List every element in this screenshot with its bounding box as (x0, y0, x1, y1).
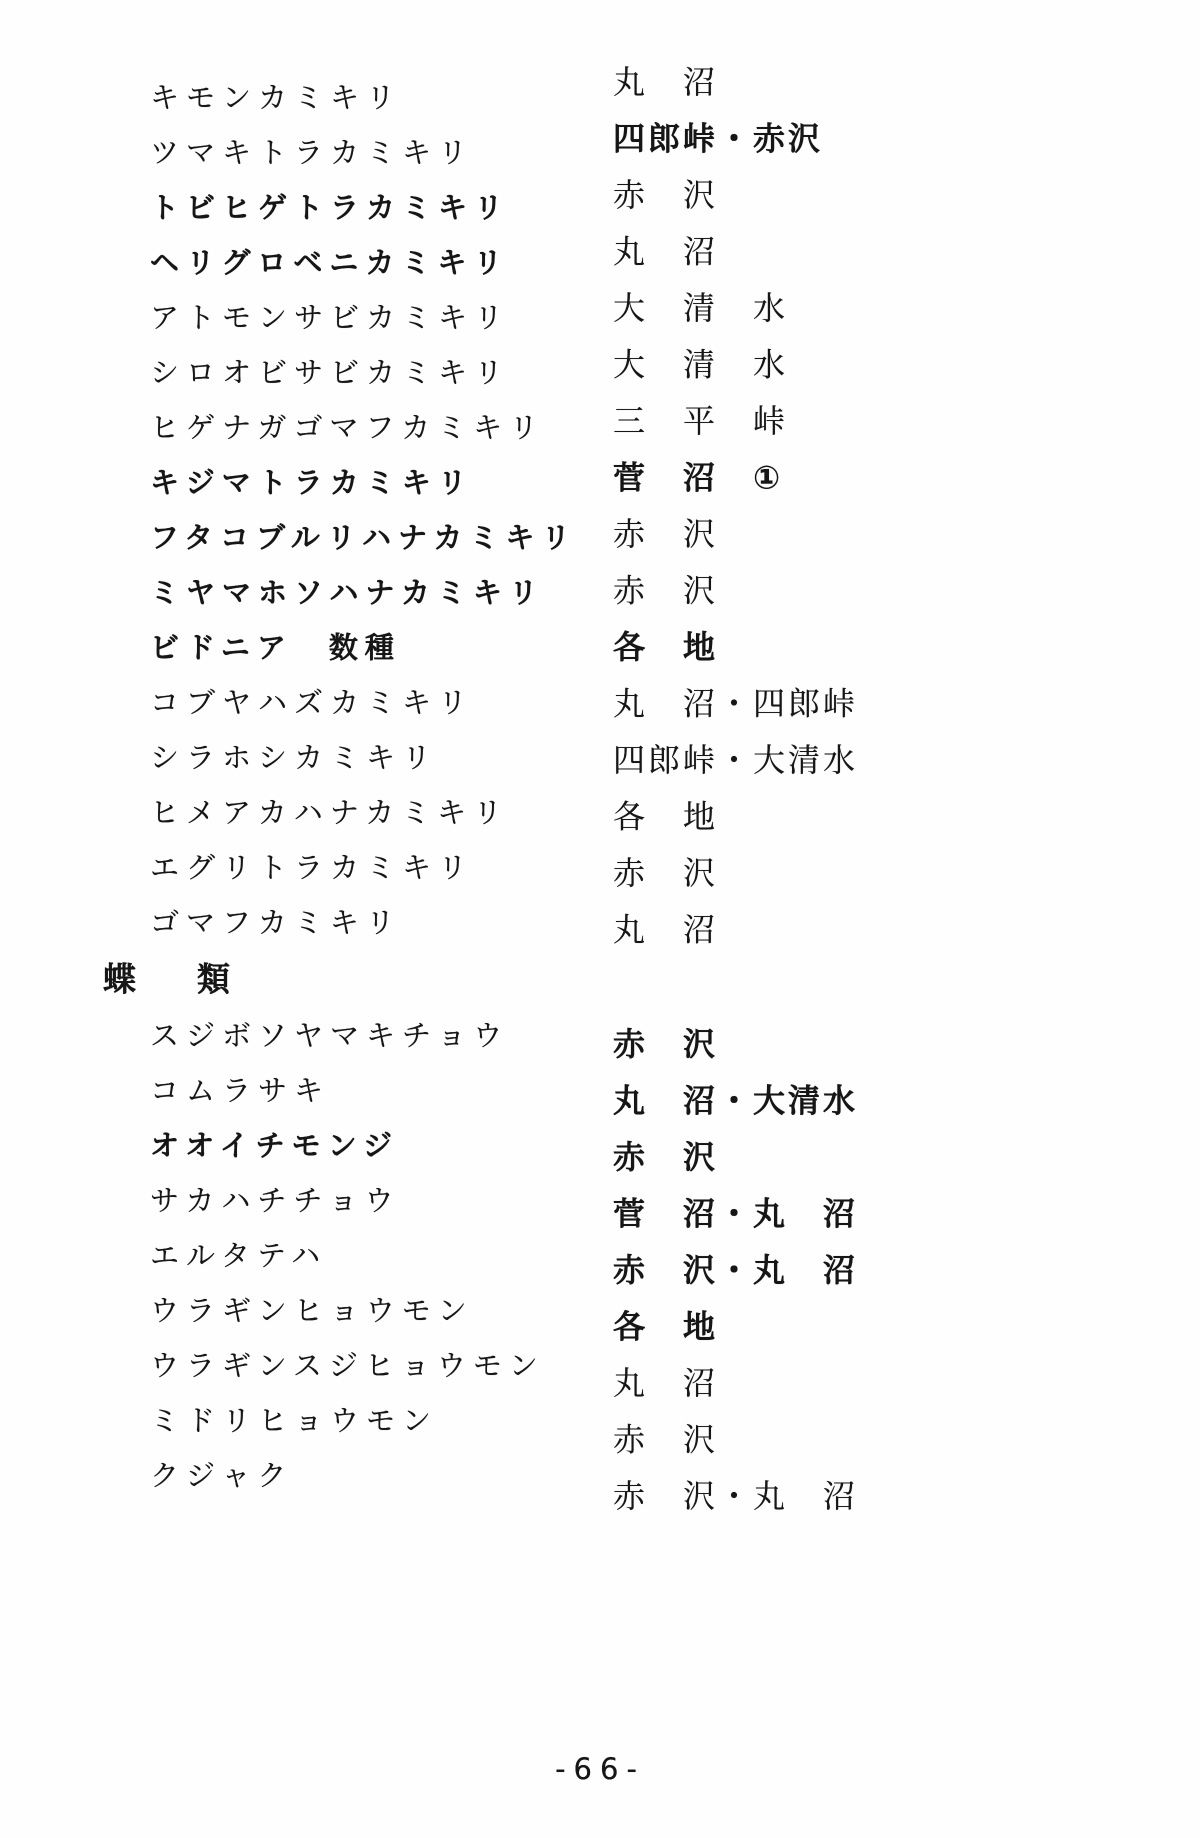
species-name: エグリトラカミキリ (150, 845, 474, 886)
location-name: 赤 沢 (613, 509, 718, 555)
species-name: ゴマフカミキリ (150, 900, 402, 941)
table-row: コブヤハズカミキリ丸 沼・四郎峠 (0, 673, 1200, 728)
scanned-page: キモンカミキリ丸 沼ツマキトラカミキリ四郎峠・赤沢トビヒゲトラカミキリ赤 沢ヘリ… (0, 0, 1200, 1838)
table-row: シラホシカミキリ四郎峠・大清水 (0, 728, 1200, 783)
table-row: キモンカミキリ丸 沼 (0, 68, 1200, 123)
species-name: キジマトラカミキリ (150, 460, 474, 501)
location-name: 三 平 峠 (613, 396, 788, 442)
table-row: ヒメアカハナカミキリ各 地 (0, 783, 1200, 838)
location-name: 各 地 (613, 622, 718, 668)
page-number: -66- (0, 1752, 1200, 1786)
species-name: ビドニア 数種 (150, 625, 401, 666)
table-row: ヘリグロベニカミキリ丸 沼 (0, 233, 1200, 288)
species-name: ヒメアカハナカミキリ (150, 790, 509, 831)
table-row: シロオビサビカミキリ大 清 水 (0, 343, 1200, 398)
location-name: 赤 沢 (613, 170, 718, 216)
location-name: 丸 沼・大清水 (613, 1075, 858, 1121)
species-name: ミヤマホソハナカミキリ (150, 570, 545, 611)
species-name: スジボソヤマキチョウ (150, 1013, 509, 1054)
location-name: 四郎峠・大清水 (613, 735, 858, 781)
location-name: 大 清 水 (613, 339, 788, 385)
table-row: フタコブルリハナカミキリ赤 沢 (0, 508, 1200, 563)
table-row: ミヤマホソハナカミキリ赤 沢 (0, 563, 1200, 618)
species-location-list: キモンカミキリ丸 沼ツマキトラカミキリ四郎峠・赤沢トビヒゲトラカミキリ赤 沢ヘリ… (0, 68, 1200, 1501)
table-row: トビヒゲトラカミキリ赤 沢 (0, 178, 1200, 233)
species-name: エルタテハ (150, 1233, 327, 1274)
section-header: 蝶 類 (0, 948, 1200, 1006)
location-name: 菅 沼 ① (613, 452, 783, 498)
table-row: スジボソヤマキチョウ赤 沢 (0, 1006, 1200, 1061)
location-name: 赤 沢 (613, 848, 718, 894)
table-row: エグリトラカミキリ赤 沢 (0, 838, 1200, 893)
location-name: 丸 沼 (613, 57, 718, 103)
species-name: ウラギンヒョウモン (150, 1288, 474, 1329)
species-name: オオイチモンジ (150, 1123, 399, 1164)
table-row: ウラギンヒョウモン各 地 (0, 1281, 1200, 1336)
location-name: 赤 沢 (613, 1019, 718, 1065)
table-row: ミドリヒョウモン赤 沢 (0, 1391, 1200, 1446)
table-row: ツマキトラカミキリ四郎峠・赤沢 (0, 123, 1200, 178)
location-name: 丸 沼・四郎峠 (613, 678, 858, 724)
table-row: アトモンサビカミキリ大 清 水 (0, 288, 1200, 343)
location-name: 大 清 水 (613, 283, 788, 329)
species-name: ヒゲナガゴマフカミキリ (150, 405, 545, 446)
table-row: ビドニア 数種各 地 (0, 618, 1200, 673)
species-name: フタコブルリハナカミキリ (150, 515, 577, 556)
table-row: ヒゲナガゴマフカミキリ三 平 峠 (0, 398, 1200, 453)
species-name: ミドリヒョウモン (150, 1398, 438, 1439)
species-name: ツマキトラカミキリ (150, 130, 474, 171)
table-row: コムラサキ丸 沼・大清水 (0, 1061, 1200, 1116)
species-name: サカハチチョウ (150, 1178, 401, 1219)
table-row: サカハチチョウ菅 沼・丸 沼 (0, 1171, 1200, 1226)
species-name: コブヤハズカミキリ (150, 680, 474, 721)
table-row: キジマトラカミキリ菅 沼 ① (0, 453, 1200, 508)
table-row: ゴマフカミキリ丸 沼 (0, 893, 1200, 948)
species-name: クジャク (150, 1453, 293, 1494)
section-header-label: 蝶 類 (103, 954, 244, 1001)
location-name: 四郎峠・赤沢 (613, 113, 823, 159)
species-name: ヘリグロベニカミキリ (150, 240, 509, 281)
location-name: 赤 沢 (613, 565, 718, 611)
table-row: クジャク赤 沢・丸 沼 (0, 1446, 1200, 1501)
location-name: 丸 沼 (613, 226, 718, 272)
table-row: オオイチモンジ赤 沢 (0, 1116, 1200, 1171)
location-name: 丸 沼 (613, 904, 718, 950)
species-name: アトモンサビカミキリ (150, 295, 510, 336)
species-name: コムラサキ (150, 1068, 330, 1109)
species-name: ウラギンスジヒョウモン (150, 1343, 545, 1384)
species-name: トビヒゲトラカミキリ (150, 185, 510, 226)
species-name: シロオビサビカミキリ (150, 350, 510, 391)
location-name: 各 地 (613, 791, 718, 837)
species-name: シラホシカミキリ (150, 735, 438, 776)
table-row: エルタテハ赤 沢・丸 沼 (0, 1226, 1200, 1281)
table-row: ウラギンスジヒョウモン丸 沼 (0, 1336, 1200, 1391)
location-name: 赤 沢・丸 沼 (613, 1471, 858, 1517)
species-name: キモンカミキリ (150, 75, 402, 116)
